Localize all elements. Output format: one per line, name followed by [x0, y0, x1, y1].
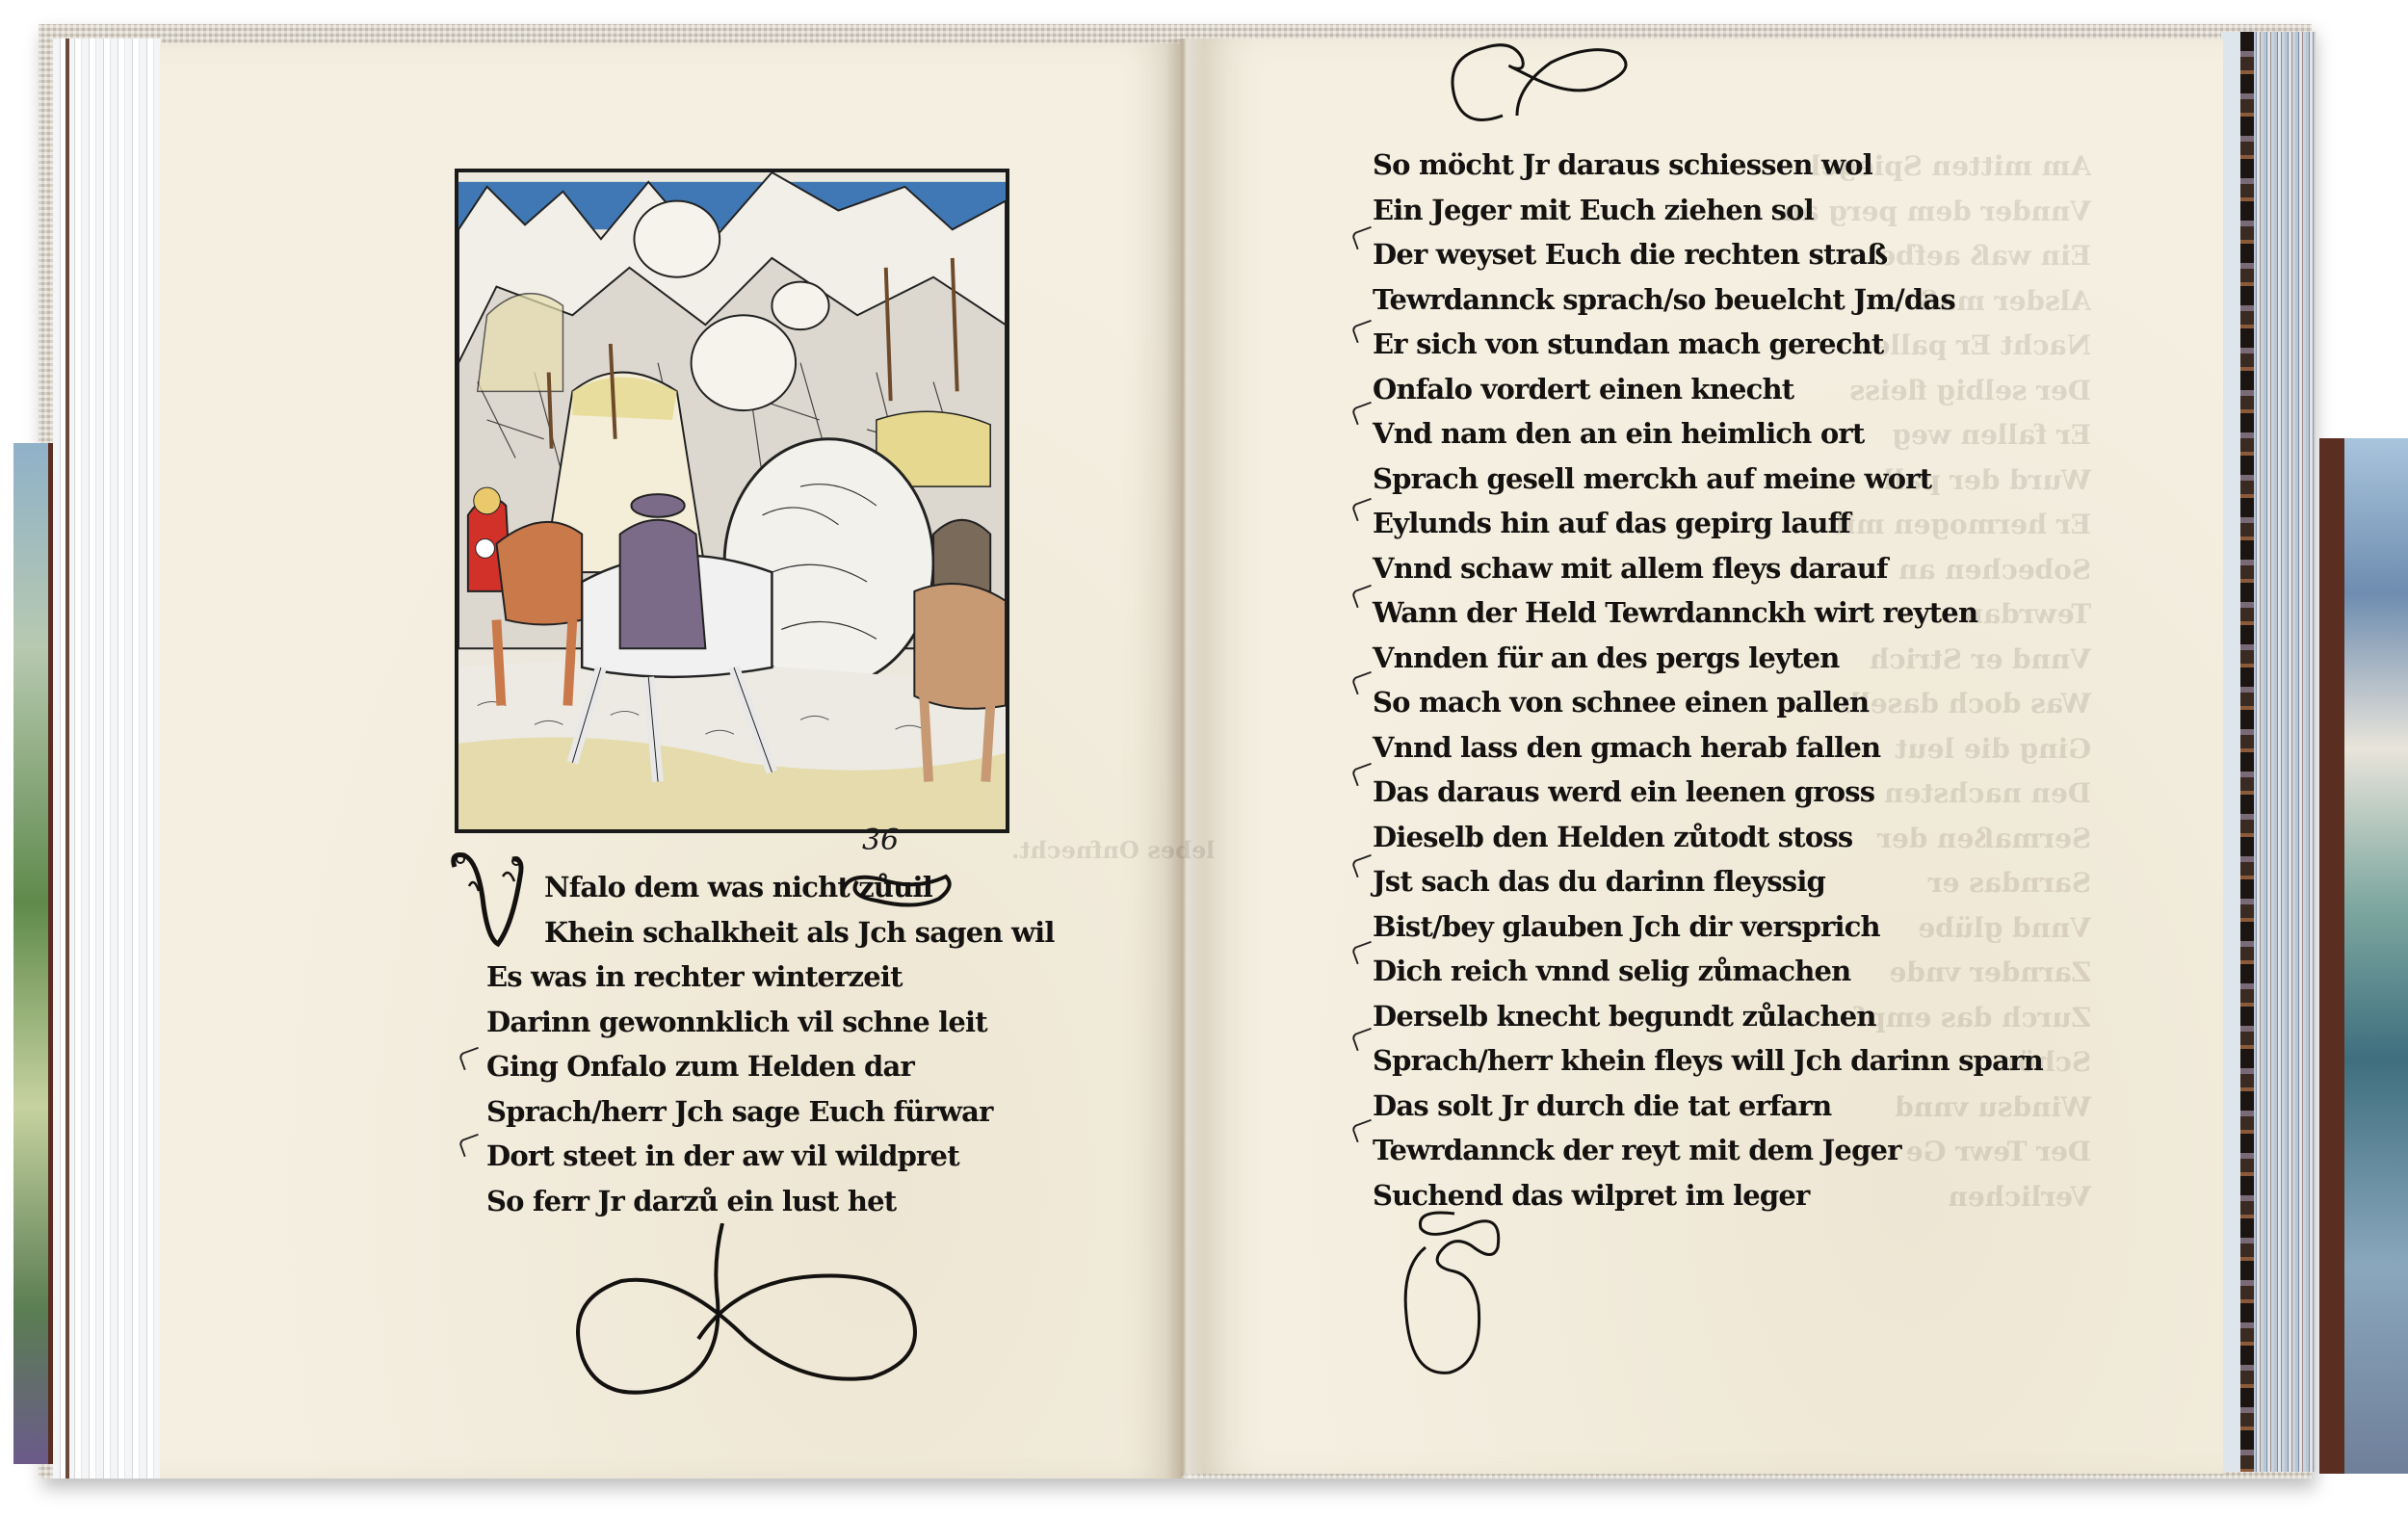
flourish-top-right: [1426, 39, 1647, 154]
verse-line: Er sich von stundan mach gerecht: [1373, 322, 2043, 367]
verse-line: Khein schalkheit als Jch sagen wil: [486, 910, 1055, 955]
back-cover-print-left: [13, 443, 52, 1464]
verse-line: Tewrdannck sprach/so beuelcht Jm/das: [1373, 277, 2043, 323]
verse-line: So mach von schnee einen pallen: [1373, 680, 2043, 725]
folio-number: 36: [862, 824, 899, 857]
verse-line: Nfalo dem was nicht zůuil: [486, 865, 1055, 910]
verse-line: Das daraus werd ein leenen gross: [1373, 770, 2043, 815]
verse-line: Derselb knecht begundt zůlachen: [1373, 994, 2043, 1039]
flourish-infinity-bottom-left: [525, 1223, 929, 1416]
verse-line: Ein Jeger mit Euch ziehen sol: [1373, 188, 2043, 233]
verse-line: Der weyset Euch die rechten straß: [1373, 232, 2043, 277]
verse-line: Vnnd schaw mit allem fleys darauf: [1373, 546, 2043, 591]
verse-line: Sprach/herr khein fleys will Jch darinn …: [1373, 1038, 2043, 1084]
verse-line: So möcht Jr daraus schiessen wol: [1373, 143, 2043, 188]
left-verse-block: Nfalo dem was nicht zůuil Khein schalkhe…: [486, 865, 1055, 1223]
page-edges-right: [2221, 32, 2316, 1472]
verse-line: Wann der Held Tewrdannckh wirt reyten: [1373, 590, 2043, 636]
verse-line: So ferr Jr darzů ein lust het: [486, 1179, 1055, 1224]
verse-line: Das solt Jr durch die tat erfarn: [1373, 1084, 2043, 1129]
verse-line: Vnnden für an des pergs leyten: [1373, 636, 2043, 681]
verse-line: Darinn gewonnklich vil schne leit: [486, 1000, 1055, 1045]
verse-line: Sprach/herr Jch sage Euch fürwar: [486, 1089, 1055, 1135]
woodcut-image: [458, 172, 1006, 829]
verse-line: Dort steet in der aw vil wildpret: [486, 1134, 1055, 1179]
verse-line: Bist/bey glauben Jch dir versprich: [1373, 904, 2043, 950]
verse-line: Onfalo vordert einen knecht: [1373, 367, 2043, 412]
verse-line: Vnd nam den an ein heimlich ort: [1373, 411, 2043, 457]
verse-line: Ging Onfalo zum Helden dar: [486, 1044, 1055, 1089]
flourish-loop-top-left: [838, 862, 954, 920]
verse-line: Tewrdannck der reyt mit dem Jeger: [1373, 1128, 2043, 1173]
book-gutter: [1165, 39, 1204, 1479]
flourish-bottom-right: [1397, 1209, 1531, 1382]
verse-line: Jst sach das du darinn fleyssig: [1373, 859, 2043, 904]
verse-line: Es was in rechter winterzeit: [486, 955, 1055, 1000]
verse-line: Vnnd lass den gmach herab fallen: [1373, 725, 2043, 771]
right-verse-block: So möcht Jr daraus schiessen wol Ein Jeg…: [1373, 143, 2043, 1217]
verse-line: Dich reich vnnd selig zůmachen: [1373, 949, 2043, 994]
woodcut-illustration: [455, 169, 1009, 833]
cover-edge-right: [2319, 438, 2344, 1474]
page-edges-left: [53, 39, 161, 1479]
verse-line: Sprach gesell merckh auf meine wort: [1373, 457, 2043, 502]
verse-line: Dieselb den Helden zůtodt stoss: [1373, 815, 2043, 860]
verse-line: Eylunds hin auf das gepirg lauff: [1373, 501, 2043, 546]
